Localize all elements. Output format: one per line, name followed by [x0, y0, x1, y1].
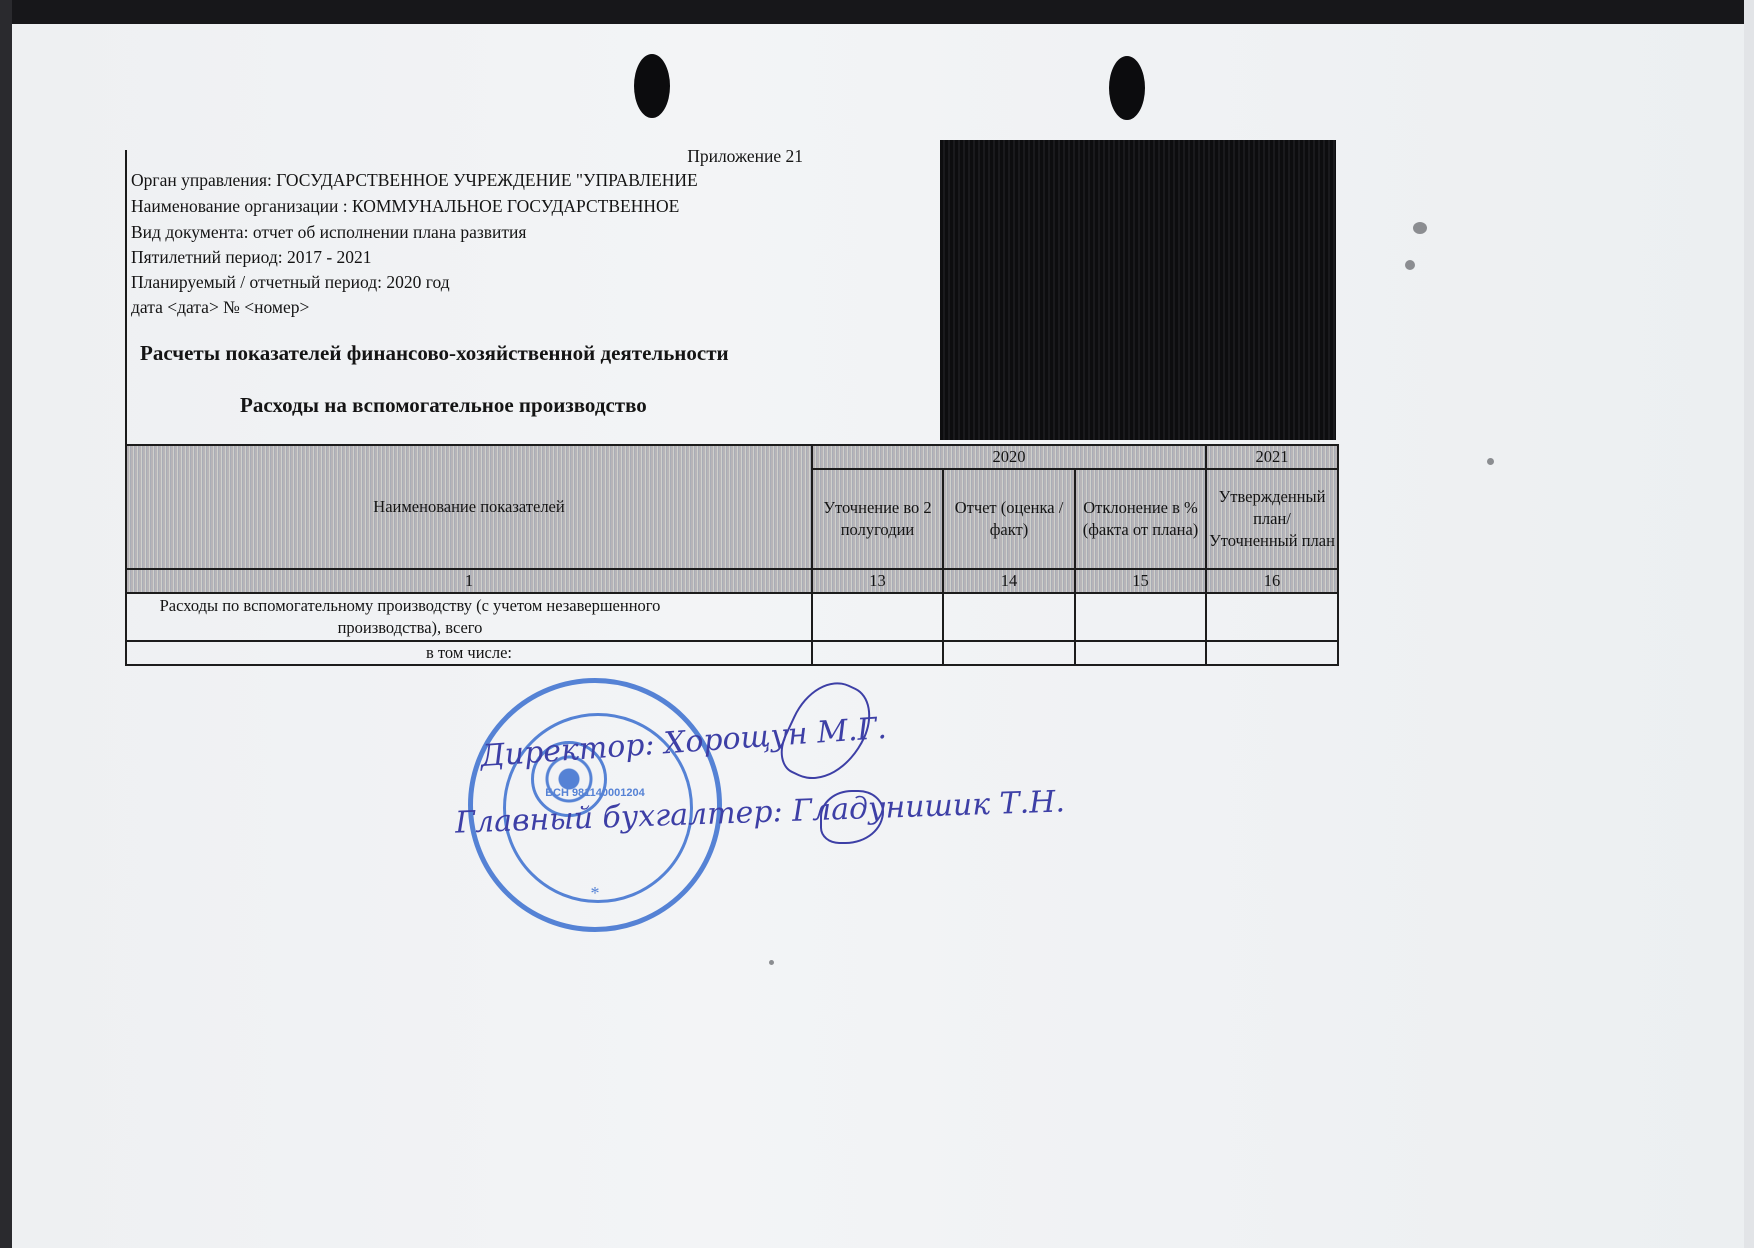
table-row: Расходы по вспомогательному производству… [126, 593, 1338, 641]
column-header-report-fact: Отчет (оценка / факт) [943, 469, 1075, 569]
header-line-date-number: дата <дата> № <номер> [131, 297, 309, 317]
index-cell: 16 [1206, 569, 1338, 593]
punch-hole-left [634, 54, 670, 118]
document-subtitle: Расходы на вспомогательное производство [240, 393, 647, 418]
value-cell [812, 593, 943, 641]
value-cell [1206, 641, 1338, 665]
index-cell: 1 [126, 569, 812, 593]
document-frame-border [125, 150, 127, 446]
header-line-organization: Наименование организации : КОММУНАЛЬНОЕ … [131, 196, 679, 216]
index-cell: 14 [943, 569, 1075, 593]
scan-border-left [0, 0, 12, 1248]
scan-speck [1405, 260, 1415, 270]
appendix-label: Приложение 21 [600, 146, 803, 167]
table-row: в том числе: [126, 641, 1338, 665]
index-row: 1 13 14 15 16 [126, 569, 1338, 593]
header-line-five-year-period: Пятилетний период: 2017 - 2021 [131, 247, 372, 267]
index-cell: 13 [812, 569, 943, 593]
value-cell [943, 593, 1075, 641]
punch-hole-right [1109, 56, 1145, 120]
value-cell [943, 641, 1075, 665]
paper-right-edge [1744, 0, 1754, 1248]
scan-speck [769, 960, 774, 965]
document-title: Расчеты показателей финансово-хозяйствен… [140, 341, 729, 366]
row-label: в том числе: [126, 641, 812, 665]
column-header-indicator-name: Наименование показателей [126, 445, 812, 569]
header-line-doc-type: Вид документа: отчет об исполнении плана… [131, 222, 526, 242]
scan-speck [1413, 222, 1427, 234]
header-line-authority: Орган управления: ГОСУДАРСТВЕННОЕ УЧРЕЖД… [131, 170, 698, 190]
redacted-block [940, 140, 1336, 440]
year-group-2021: 2021 [1206, 445, 1338, 469]
value-cell [1206, 593, 1338, 641]
header-line-reporting-period: Планируемый / отчетный период: 2020 год [131, 272, 450, 292]
column-header-deviation-percent: Отклонение в % (факта от плана) [1075, 469, 1206, 569]
row-label: Расходы по вспомогательному производству… [126, 593, 812, 641]
value-cell [1075, 593, 1206, 641]
star-icon: * [473, 883, 717, 904]
value-cell [1075, 641, 1206, 665]
column-header-approved-plan: Утвержденный план/Уточненный план [1206, 469, 1338, 569]
expenses-table: Наименование показателей 2020 2021 Уточн… [125, 444, 1339, 666]
scan-speck [1487, 458, 1494, 465]
index-cell: 15 [1075, 569, 1206, 593]
value-cell [812, 641, 943, 665]
year-group-2020: 2020 [812, 445, 1206, 469]
column-header-h2-refinement: Уточнение во 2 полугодии [812, 469, 943, 569]
